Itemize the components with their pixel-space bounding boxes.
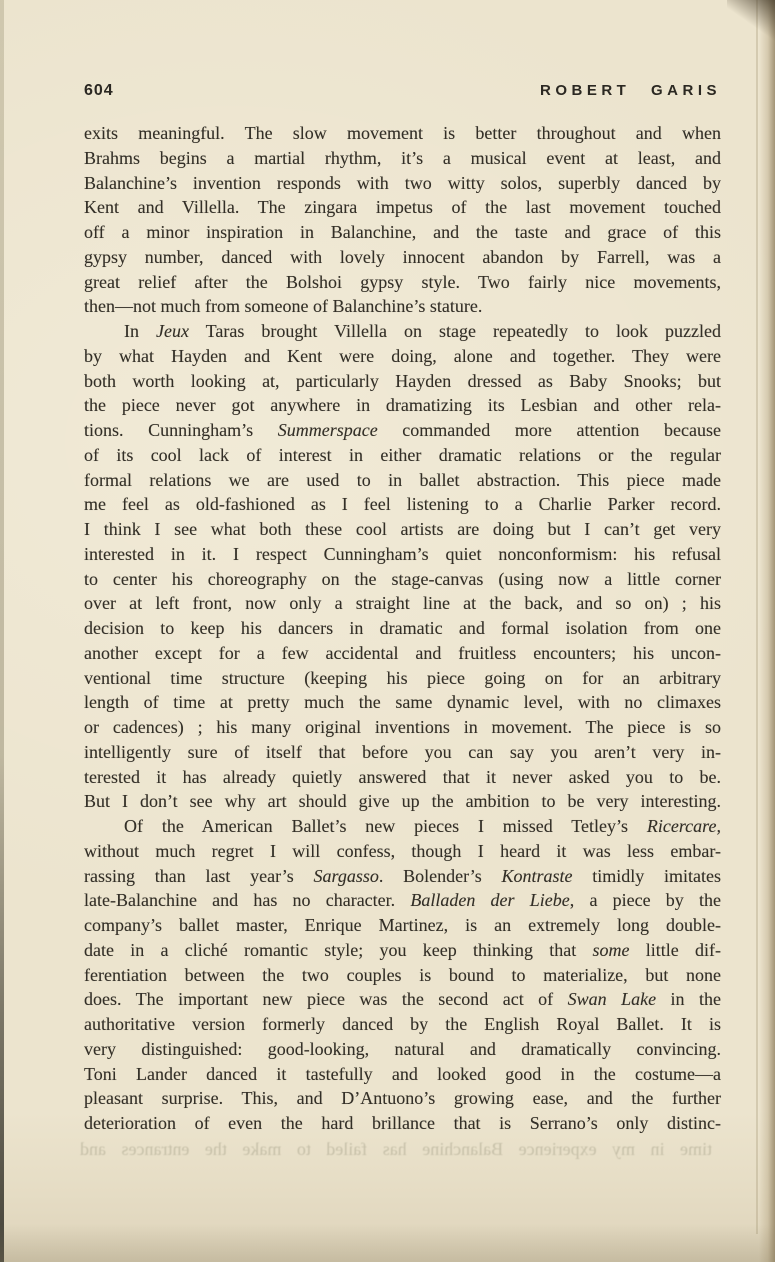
text-line: intelligently sure of itself that before… (84, 740, 721, 765)
text-line: rassing than last year’s Sargasso. Bolen… (84, 864, 721, 889)
running-header: 604 ROBERT GARIS (84, 82, 721, 100)
text-line: another except for a few accidental and … (84, 641, 721, 666)
text-line: gypsy number, danced with lovely innocen… (84, 245, 721, 270)
page-number: 604 (84, 82, 114, 100)
italic-title: Sargasso (314, 866, 379, 886)
text-line: In Jeux Taras brought Villella on stage … (84, 319, 721, 344)
italic-title: Kontraste (502, 866, 573, 886)
page-right-edge-shadow (759, 0, 775, 1262)
text-line: both worth looking at, particularly Hayd… (84, 369, 721, 394)
text-line: terested it has already quietly answered… (84, 765, 721, 790)
text-line: tions. Cunningham’s Summerspace commande… (84, 418, 721, 443)
text-line: But I don’t see why art should give up t… (84, 789, 721, 814)
text-line: off a minor inspiration in Balanchine, a… (84, 220, 721, 245)
text-line: late-Balanchine and has no character. Ba… (84, 888, 721, 913)
text-line: formal relations we are used to in balle… (84, 468, 721, 493)
paragraph: Of the American Ballet’s new pieces I mi… (84, 814, 721, 1136)
paragraph: exits meaningful. The slow movement is b… (84, 121, 721, 319)
page-body: exits meaningful. The slow movement is b… (84, 121, 721, 1136)
book-page: 604 ROBERT GARIS exits meaningful. The s… (0, 0, 775, 1262)
text-line: very distinguished: good-looking, natura… (84, 1037, 721, 1062)
text-line: without much regret I will confess, thou… (84, 839, 721, 864)
text-line: Balanchine’s invention responds with two… (84, 171, 721, 196)
bleedthrough-text: time in my experience Balanchine has fai… (80, 1137, 712, 1161)
text-line: deterioration of even the hard brillance… (84, 1111, 721, 1136)
page-bottom-shadow (0, 1224, 775, 1262)
text-line: ferentiation between the two couples is … (84, 963, 721, 988)
text-line: company’s ballet master, Enrique Martine… (84, 913, 721, 938)
text-line: over at left front, now only a straight … (84, 591, 721, 616)
text-line: by what Hayden and Kent were doing, alon… (84, 344, 721, 369)
text-line: does. The important new piece was the se… (84, 987, 721, 1012)
text-line: ventional time structure (keeping his pi… (84, 666, 721, 691)
text-line: length of time at pretty much the same d… (84, 690, 721, 715)
text-line: Kent and Villella. The zingara impetus o… (84, 195, 721, 220)
italic-title: Swan Lake (568, 989, 656, 1009)
text-line: pleasant surprise. This, and D’Antuono’s… (84, 1086, 721, 1111)
page-right-crease (756, 0, 758, 1234)
text-line: I think I see what both these cool artis… (84, 517, 721, 542)
italic-title: Balladen der Liebe (410, 890, 569, 910)
text-line: date in a cliché romantic style; you kee… (84, 938, 721, 963)
page-left-edge-shadow (0, 0, 4, 1262)
text-line: exits meaningful. The slow movement is b… (84, 121, 721, 146)
text-line: Brahms begins a martial rhythm, it’s a m… (84, 146, 721, 171)
text-line: then—not much from someone of Balanchine… (84, 294, 721, 319)
text-line: of its cool lack of interest in either d… (84, 443, 721, 468)
text-line: authoritative version formerly danced by… (84, 1012, 721, 1037)
italic-title: Jeux (156, 321, 189, 341)
text-line: interested in it. I respect Cunningham’s… (84, 542, 721, 567)
running-head-author: ROBERT GARIS (540, 82, 721, 99)
page-corner-shadow (727, 0, 775, 42)
italic-title: Ricercare, (647, 816, 721, 836)
italic-title: some (593, 940, 630, 960)
text-line: or cadences) ; his many original inventi… (84, 715, 721, 740)
text-line: great relief after the Bolshoi gypsy sty… (84, 270, 721, 295)
text-line: me feel as old-fashioned as I feel liste… (84, 492, 721, 517)
italic-title: Summerspace (278, 420, 378, 440)
text-line: decision to keep his dancers in dramatic… (84, 616, 721, 641)
text-line: Of the American Ballet’s new pieces I mi… (84, 814, 721, 839)
text-line: to center his choreography on the stage-… (84, 567, 721, 592)
paragraph: In Jeux Taras brought Villella on stage … (84, 319, 721, 814)
text-line: the piece never got anywhere in dramatiz… (84, 393, 721, 418)
text-line: Toni Lander danced it tastefully and loo… (84, 1062, 721, 1087)
